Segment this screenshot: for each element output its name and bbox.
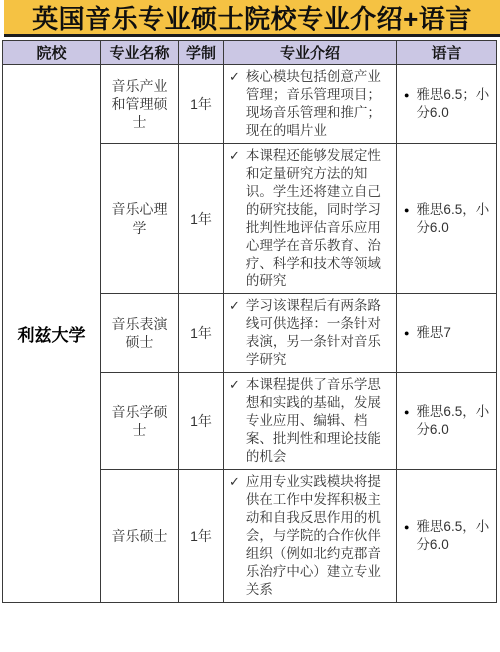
- check-icon: ✓: [229, 473, 240, 490]
- col-header-program: 专业名称: [101, 41, 179, 65]
- program-name-cell: 音乐心理学: [101, 143, 179, 294]
- program-name-cell: 音乐学硕士: [101, 373, 179, 470]
- programs-table: 院校 专业名称 学制 专业介绍 语言 利兹大学 音乐产业和管理硕士 1年 ✓ 核…: [2, 40, 497, 603]
- duration-cell: 1年: [179, 143, 224, 294]
- header-row: 院校 专业名称 学制 专业介绍 语言: [3, 41, 497, 65]
- language-text: 雅思7: [416, 324, 451, 342]
- intro-text: 应用专业实践模块将提供在工作中发挥积极主动和自我反思作用的机会，与学院的合作伙伴…: [246, 473, 393, 599]
- program-name-cell: 音乐硕士: [101, 470, 179, 603]
- duration-cell: 1年: [179, 65, 224, 144]
- language-text: 雅思6.5，小分6.0: [416, 201, 494, 237]
- bullet-icon: ●: [404, 201, 409, 219]
- duration-cell: 1年: [179, 294, 224, 373]
- check-icon: ✓: [229, 297, 240, 314]
- col-header-language: 语言: [397, 41, 497, 65]
- school-name: 利兹大学: [18, 326, 86, 345]
- intro-cell: ✓ 学习该课程后有两条路线可供选择：一条针对表演，另一条针对音乐学研究: [224, 294, 397, 373]
- check-icon: ✓: [229, 376, 240, 393]
- school-cell: 利兹大学: [3, 65, 101, 603]
- language-text: 雅思6.5，小分6.0: [416, 403, 494, 439]
- program-name-cell: 音乐表演硕士: [101, 294, 179, 373]
- check-icon: ✓: [229, 68, 240, 85]
- intro-cell: ✓ 核心模块包括创意产业管理；音乐管理项目；现场音乐管理和推广；现在的唱片业: [224, 65, 397, 144]
- intro-text: 本课程提供了音乐学思想和实践的基础，发展专业应用、编辑、档案、批判性和理论技能的…: [246, 376, 393, 466]
- language-cell: ● 雅思7: [397, 294, 497, 373]
- language-cell: ● 雅思6.5；小分6.0: [397, 65, 497, 144]
- intro-text: 核心模块包括创意产业管理；音乐管理项目；现场音乐管理和推广；现在的唱片业: [246, 68, 393, 140]
- intro-cell: ✓ 本课程还能够发展定性和定量研究方法的知识。学生还将建立自己的研究技能，同时学…: [224, 143, 397, 294]
- language-cell: ● 雅思6.5，小分6.0: [397, 143, 497, 294]
- duration-cell: 1年: [179, 470, 224, 603]
- bullet-icon: ●: [404, 403, 409, 421]
- bullet-icon: ●: [404, 324, 409, 342]
- language-text: 雅思6.5，小分6.0: [416, 518, 494, 554]
- intro-text: 学习该课程后有两条路线可供选择：一条针对表演，另一条针对音乐学研究: [246, 297, 393, 369]
- col-header-school: 院校: [3, 41, 101, 65]
- col-header-intro: 专业介绍: [224, 41, 397, 65]
- bullet-icon: ●: [404, 518, 409, 536]
- check-icon: ✓: [229, 147, 240, 164]
- page-title-text: 英国音乐专业硕士院校专业介绍+语言: [32, 0, 472, 36]
- program-name-cell: 音乐产业和管理硕士: [101, 65, 179, 144]
- intro-cell: ✓ 应用专业实践模块将提供在工作中发挥积极主动和自我反思作用的机会，与学院的合作…: [224, 470, 397, 603]
- intro-cell: ✓ 本课程提供了音乐学思想和实践的基础，发展专业应用、编辑、档案、批判性和理论技…: [224, 373, 397, 470]
- language-cell: ● 雅思6.5，小分6.0: [397, 373, 497, 470]
- page-title: 英国音乐专业硕士院校专业介绍+语言: [4, 0, 500, 37]
- bullet-icon: ●: [404, 86, 409, 104]
- duration-cell: 1年: [179, 373, 224, 470]
- language-cell: ● 雅思6.5，小分6.0: [397, 470, 497, 603]
- col-header-duration: 学制: [179, 41, 224, 65]
- intro-text: 本课程还能够发展定性和定量研究方法的知识。学生还将建立自己的研究技能，同时学习批…: [246, 147, 393, 291]
- table-row: 利兹大学 音乐产业和管理硕士 1年 ✓ 核心模块包括创意产业管理；音乐管理项目；…: [3, 65, 497, 144]
- language-text: 雅思6.5；小分6.0: [416, 86, 494, 122]
